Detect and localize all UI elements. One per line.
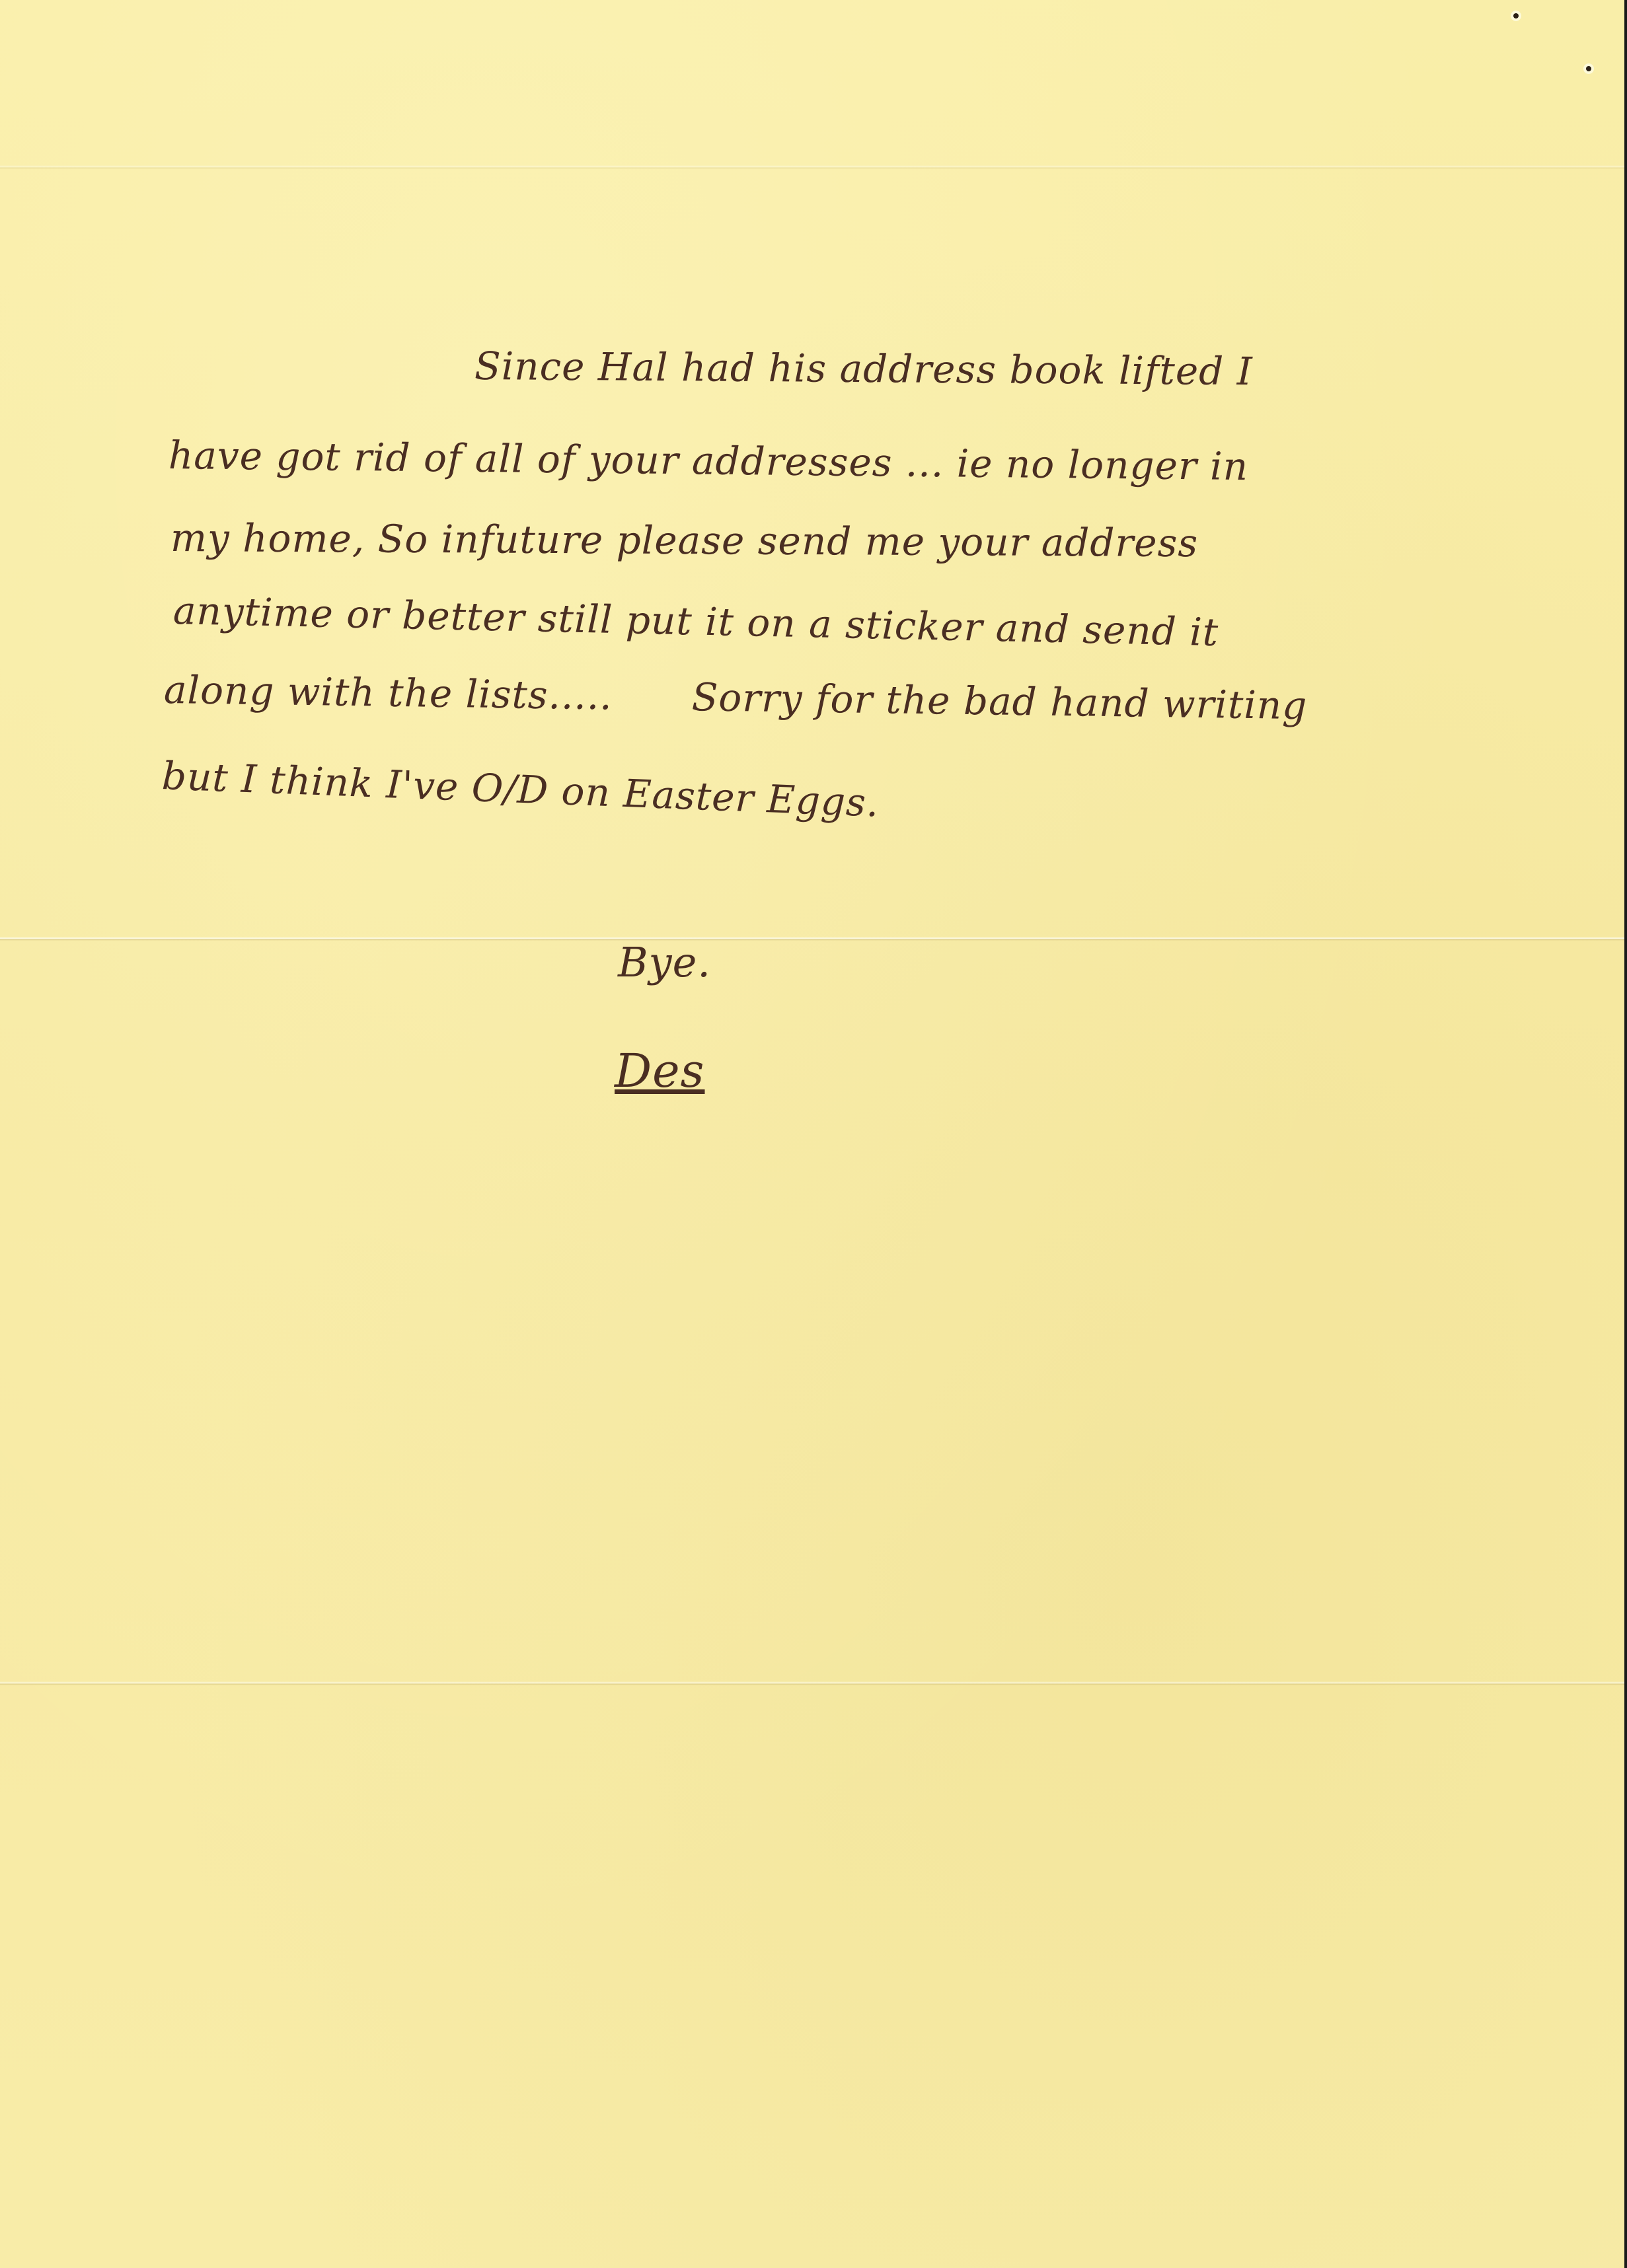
letter-paper: Since Hal had his address book lifted I … [0,0,1627,2268]
paper-fold-line [0,937,1627,941]
staple-hole-icon [1586,66,1591,71]
paper-fold-line [0,165,1627,169]
letter-line-5-apology: Sorry for the bad hand writing [691,675,1308,728]
letter-closing: Bye. [618,938,711,986]
scan-edge [1624,0,1627,2268]
letter-line-4: anytime or better still put it on a stic… [172,588,1219,655]
letter-line-5: along with the lists.....Sorry for the b… [164,667,1308,728]
letter-line-2: have got rid of all of your addresses ..… [169,433,1249,489]
signature: Des [615,1044,704,1098]
staple-hole-icon [1513,13,1519,18]
letter-line-5-start: along with the lists..... [164,667,613,718]
paper-fold-line [0,1681,1627,1685]
letter-line-3: my home, So infuture please send me your… [170,515,1198,566]
letter-line-1: Since Hal had his address book lifted I [474,344,1253,394]
letter-line-6: but I think I've O/D on Easter Eggs. [161,753,880,826]
